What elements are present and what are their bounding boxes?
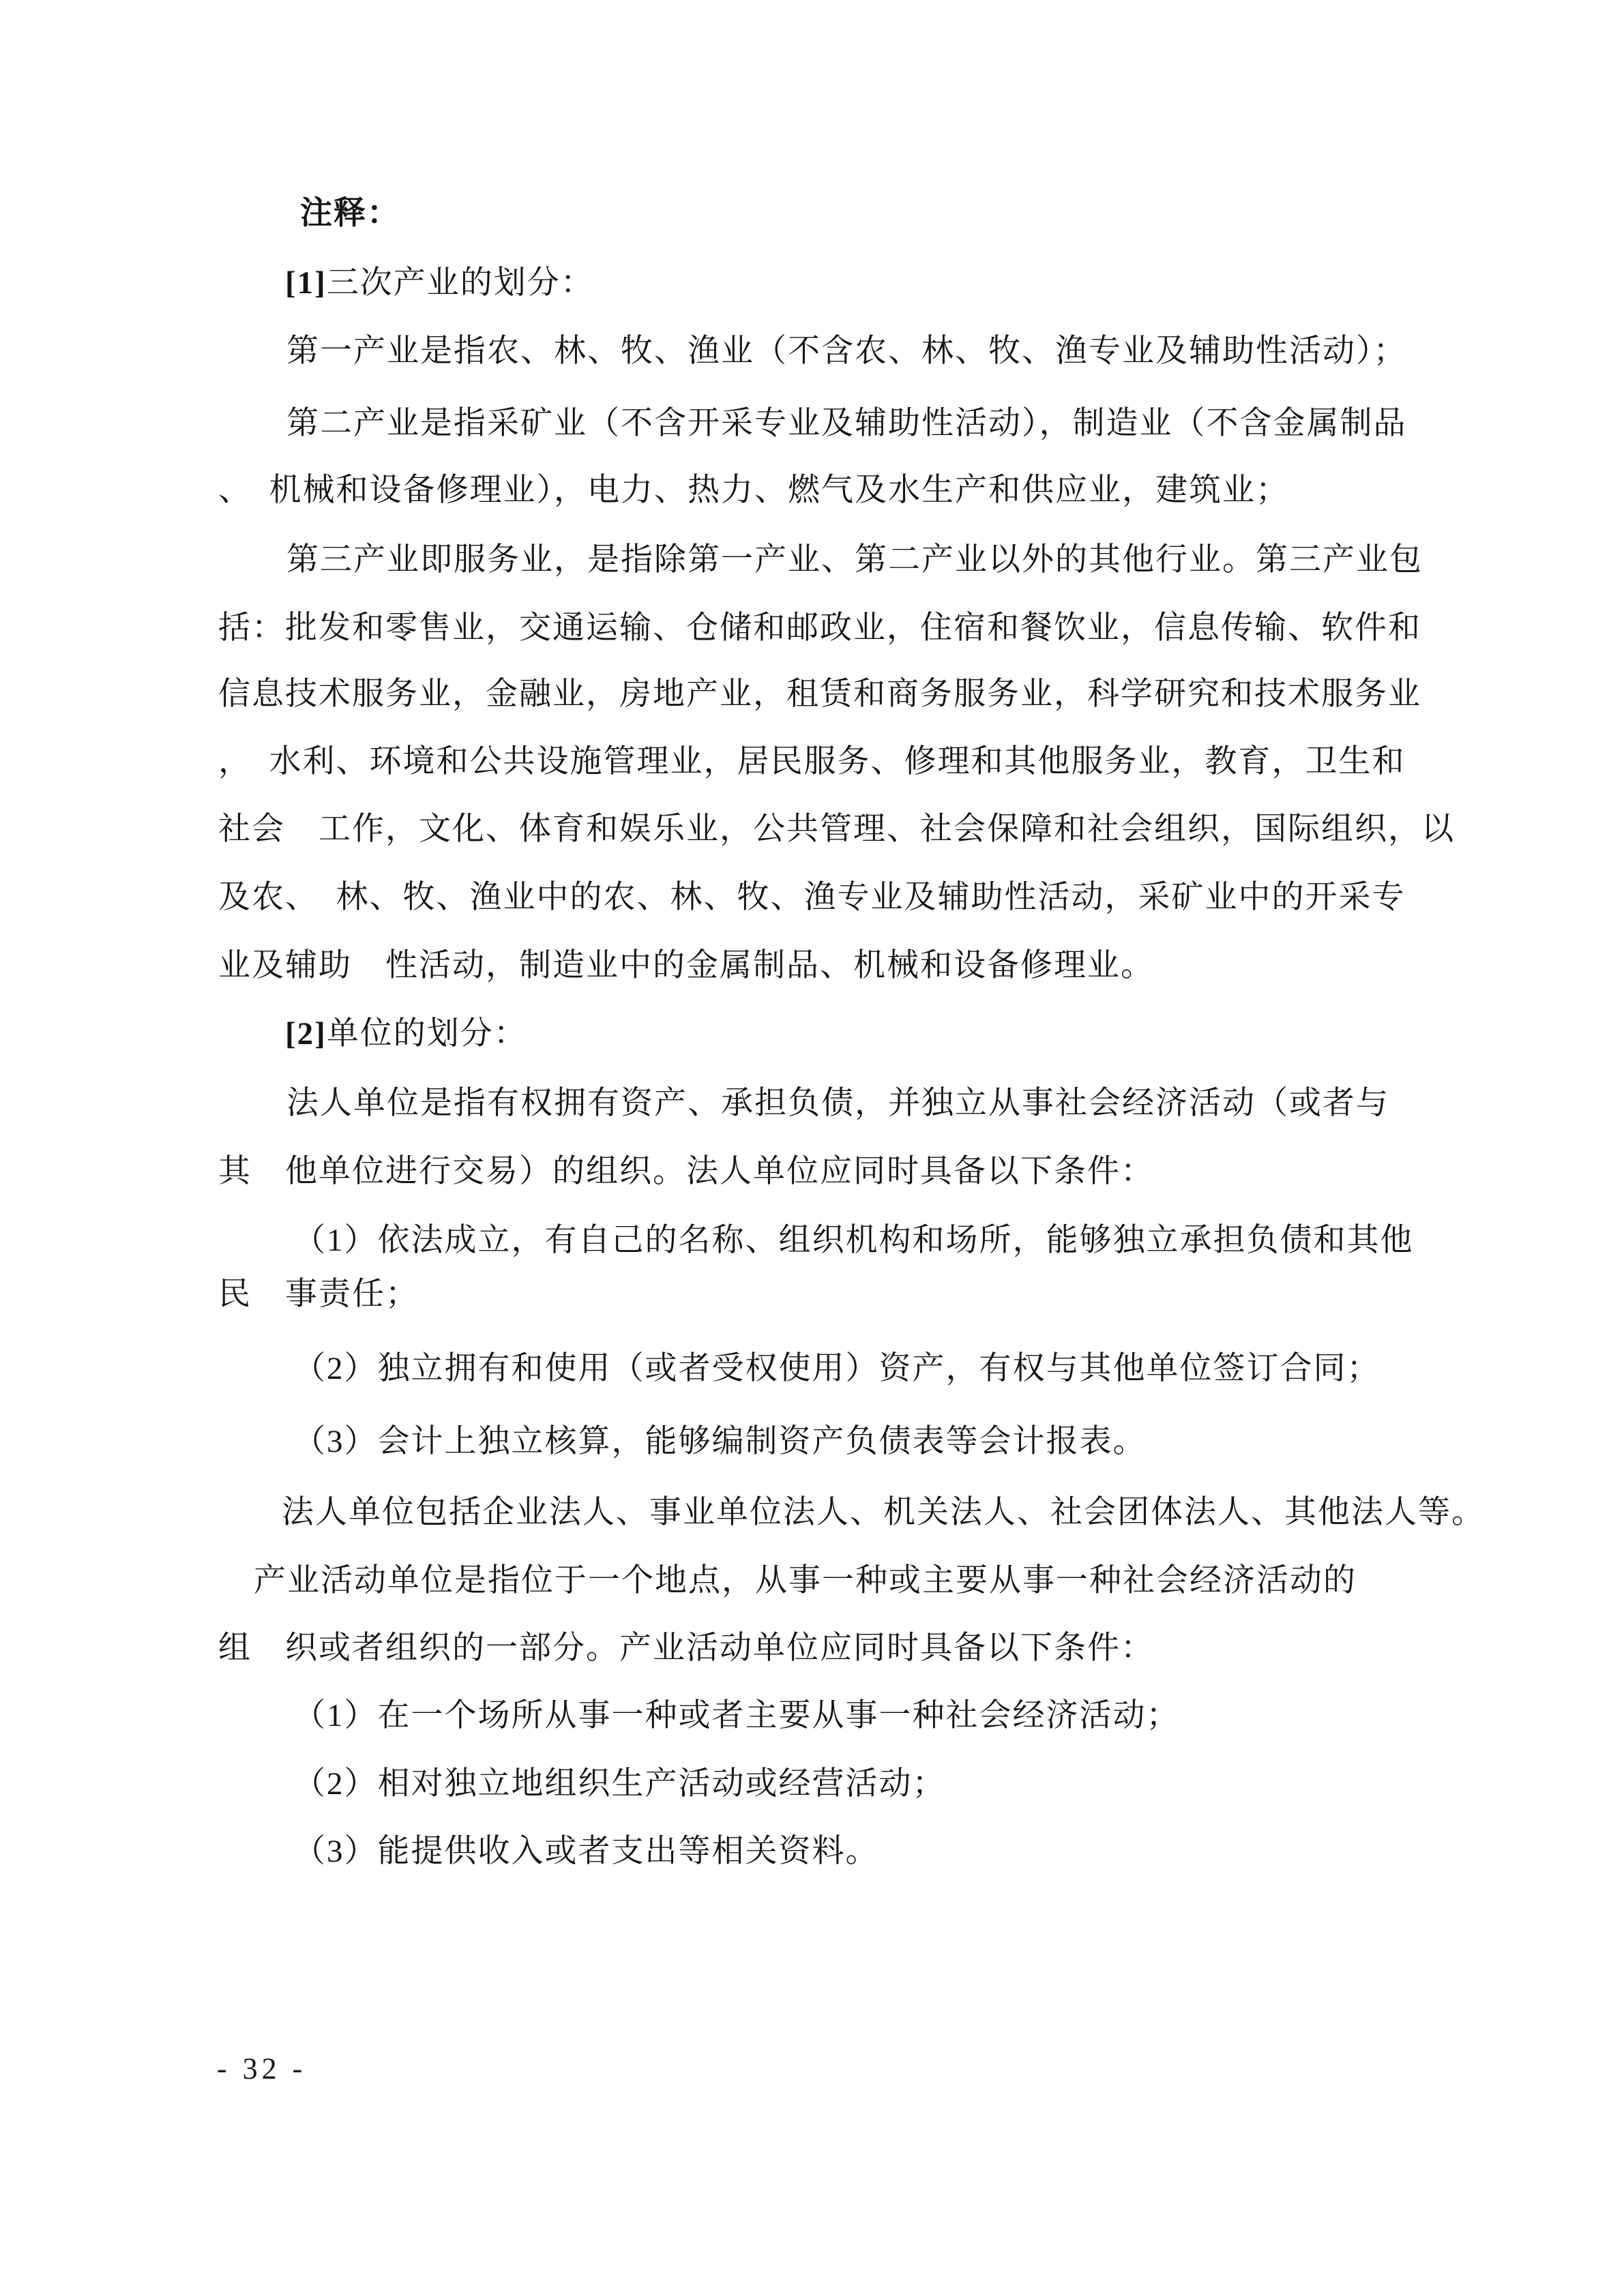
text-line: （3）会计上独立核算，能够编制资产负债表等会计报表。 [293,1423,1147,1460]
text-line: 业及辅助 性活动，制造业中的金属制品、机械和设备修理业。 [218,947,1154,984]
text-line: 信息技术服务业，金融业，房地产业，租赁和商务服务业，科学研究和技术服务业 [218,676,1421,713]
page-number: - 32 - [217,2051,306,2086]
text-line: 产业活动单位是指位于一个地点，从事一种或主要从事一种社会经济活动的 [254,1562,1357,1599]
text-line: 法人单位包括企业法人、事业单位法人、机关法人、社会团体法人、其他法人等。 [282,1494,1485,1531]
text-line: （2）独立拥有和使用（或者受权使用）资产，有权与其他单位签订合同； [293,1350,1381,1387]
text-line: 法人单位是指有权拥有资产、承担负债，并独立从事社会经济活动（或者与 [286,1085,1389,1122]
text-line: 组 织或者组织的一部分。产业活动单位应同时具备以下条件： [218,1630,1154,1667]
text-line: ， 水利、环境和公共设施管理业，居民服务、修理和其他服务业，教育，卫生和 [218,743,1406,780]
notes-heading: 注释： [300,195,400,232]
text-line: 第三产业即服务业，是指除第一产业、第二产业以外的其他行业。第三产业包 [286,541,1423,578]
text-line: （1）在一个场所从事一种或者主要从事一种社会经济活动； [293,1697,1180,1734]
text-line: （2）相对独立地组织生产活动或经营活动； [293,1765,946,1802]
text-line: （1）依法成立，有自己的名称、组织机构和场所，能够独立承担负债和其他 [293,1222,1414,1259]
text-line: [2]单位的划分： [285,1015,527,1052]
text-line: 、 机械和设备修理业），电力、热力、燃气及水生产和供应业，建筑业； [218,472,1289,509]
note-index: [1] [285,265,327,301]
text-line: 第二产业是指采矿业（不含开采专业及辅助性活动），制造业（不含金属制品 [286,405,1407,442]
text-line: 及农、 林、牧、渔业中的农、林、牧、渔专业及辅助性活动，采矿业中的开采专 [218,879,1406,916]
text-line: 社会 工作，文化、体育和娱乐业，公共管理、社会保障和社会组织，国际组织，以 [218,811,1455,848]
text-line: （3）能提供收入或者支出等相关资料。 [293,1833,879,1870]
text-line: 其 他单位进行交易）的组织。法人单位应同时具备以下条件： [218,1153,1154,1190]
document-page: - 32 - 注释：[1]三次产业的划分：第一产业是指农、林、牧、渔业（不含农、… [0,0,1624,2296]
text-line: 括：批发和零售业，交通运输、仓储和邮政业，住宿和餐饮业，信息传输、软件和 [218,610,1421,646]
note-index: [2] [285,1016,327,1052]
text-line: 民 事责任； [218,1276,419,1313]
text-line: 第一产业是指农、林、牧、渔业（不含农、林、牧、渔专业及辅助性活动）； [286,333,1407,370]
text-line: [1]三次产业的划分： [285,265,594,301]
